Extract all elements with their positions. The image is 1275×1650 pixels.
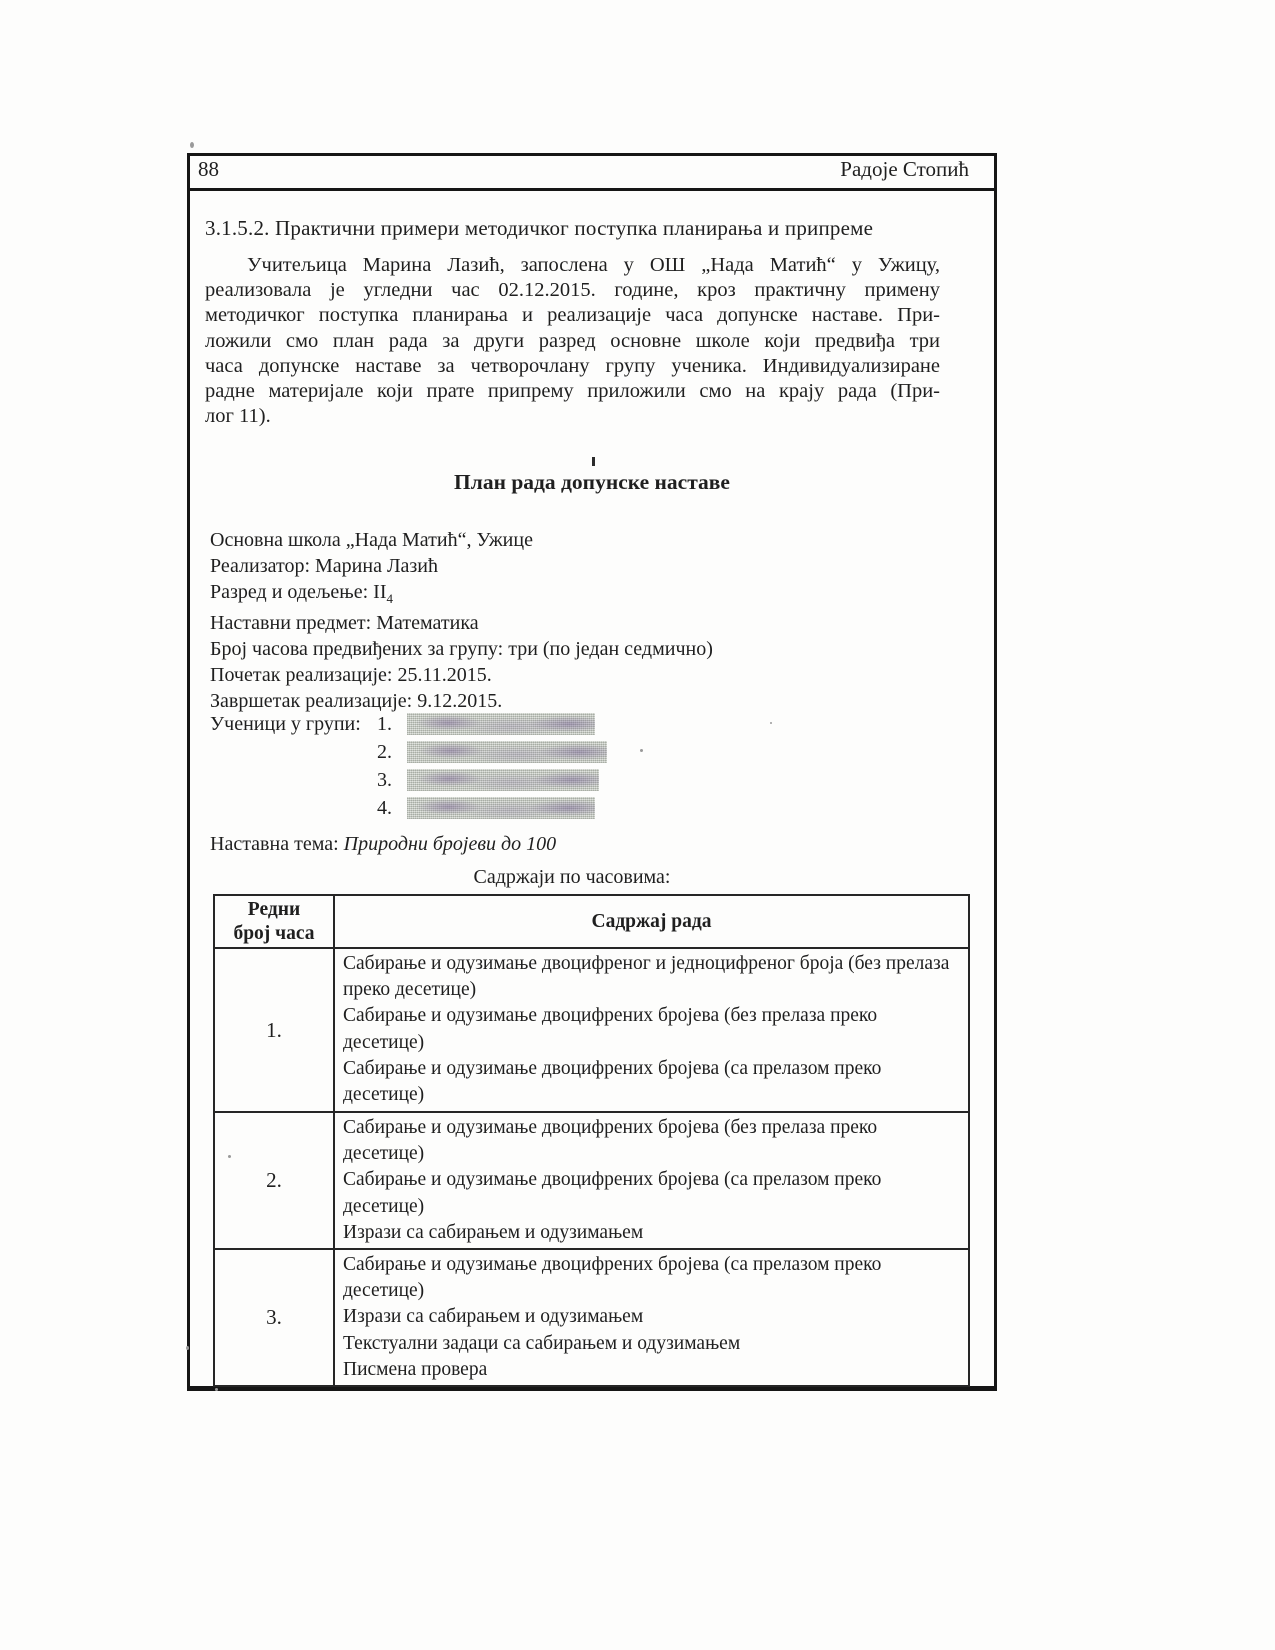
- lesson-content-cell: Сабирање и одузимање двоцифреног и једно…: [334, 948, 969, 1112]
- student-number: 1.: [352, 712, 392, 736]
- paragraph-line: ложили смо план рада за други разред осн…: [205, 329, 940, 354]
- table-row: 3. Сабирање и одузимање двоцифрених број…: [214, 1249, 969, 1386]
- scan-noise-speck: [215, 1388, 218, 1391]
- lesson-content-cell: Сабирање и одузимање двоцифрених бројева…: [334, 1112, 969, 1249]
- header-rule: [187, 188, 997, 191]
- lesson-number-cell: 2.: [214, 1112, 334, 1249]
- content-item: Изрази са сабирањем и одузимањем: [343, 1220, 958, 1246]
- student-row: Ученици у групи: 1.: [0, 712, 1275, 738]
- student-row: 4.: [0, 796, 1275, 822]
- redacted-student-name: [407, 741, 607, 763]
- paragraph-line: методичког поступка планирања и реализац…: [205, 303, 940, 328]
- teaching-theme-value: Природни бројеви до 100: [344, 833, 557, 855]
- redacted-student-name: [407, 713, 595, 735]
- paragraph-line: лог 11).: [205, 404, 940, 429]
- content-item: Сабирање и одузимање двоцифрених бројева…: [343, 1167, 958, 1219]
- col-header-lesson-number: Редни број часа: [214, 895, 334, 948]
- content-item: Писмена провера: [343, 1357, 958, 1383]
- scan-noise-speck: [228, 1155, 231, 1158]
- detail-realizator: Реализатор: Марина Лазић: [210, 554, 950, 580]
- content-item: Текстуални задаци са сабирањем и одузима…: [343, 1331, 958, 1357]
- intro-paragraph: Учитељица Марина Лазић, запослена у ОШ „…: [205, 253, 940, 429]
- lesson-number-cell: 3.: [214, 1249, 334, 1386]
- col-header-work-content: Садржај рада: [334, 895, 969, 948]
- lesson-contents-table: Редни број часа Садржај рада 1. Сабирање…: [213, 894, 970, 1387]
- scan-noise-speck: [186, 1346, 189, 1350]
- scan-noise-speck: [640, 749, 643, 752]
- col-header-line: Редни: [215, 898, 333, 922]
- teaching-theme-label: Наставна тема:: [210, 833, 344, 855]
- content-item: Сабирање и одузимање двоцифрених бројева…: [343, 1003, 958, 1055]
- paragraph-line: радне материјале који прате припрему при…: [205, 379, 940, 404]
- scan-noise-speck: [190, 142, 194, 148]
- plan-details: Основна школа „Нада Матић“, Ужице Реализ…: [210, 528, 950, 715]
- scanned-document-page: 88 Радоје Стопић 3.1.5.2. Практични прим…: [0, 0, 1275, 1650]
- detail-end-date: Завршетак реализације: 9.12.2015.: [210, 689, 950, 715]
- detail-hours: Број часова предвиђених за групу: три (п…: [210, 637, 950, 663]
- plan-title: План рада допунске наставе: [187, 470, 997, 495]
- grade-subscript: 4: [387, 591, 394, 606]
- student-row: 3.: [0, 768, 1275, 794]
- paragraph-line: Учитељица Марина Лазић, запослена у ОШ „…: [205, 253, 940, 278]
- detail-subject: Наставни предмет: Математика: [210, 611, 950, 637]
- table-header-row: Редни број часа Садржај рада: [214, 895, 969, 948]
- content-item: Сабирање и одузимање двоцифрених бројева…: [343, 1115, 958, 1167]
- detail-grade-text: Разред и одељење: II: [210, 581, 387, 603]
- detail-grade: Разред и одељење: II4: [210, 580, 950, 612]
- redacted-student-name: [407, 769, 599, 791]
- paragraph-line: реализовала је угледни час 02.12.2015. г…: [205, 278, 940, 303]
- content-item: Изрази са сабирањем и одузимањем: [343, 1304, 958, 1330]
- content-item: Сабирање и одузимање двоцифрених бројева…: [343, 1252, 958, 1304]
- stray-scan-mark: [592, 457, 595, 466]
- detail-start-date: Почетак реализације: 25.11.2015.: [210, 663, 950, 689]
- content-item: Сабирање и одузимање двоцифреног и једно…: [343, 951, 958, 1003]
- col-header-line: број часа: [215, 922, 333, 946]
- table-row: 2. Сабирање и одузимање двоцифрених број…: [214, 1112, 969, 1249]
- detail-school: Основна школа „Нада Матић“, Ужице: [210, 528, 950, 554]
- student-number: 3.: [352, 768, 392, 792]
- scan-noise-speck: [770, 722, 772, 724]
- running-head-author: Радоје Стопић: [187, 157, 969, 182]
- table-row: 1. Сабирање и одузимање двоцифреног и је…: [214, 948, 969, 1112]
- section-heading: 3.1.5.2. Практични примери методичког по…: [205, 216, 945, 241]
- student-row: 2.: [0, 740, 1275, 766]
- students-label: Ученици у групи:: [210, 712, 361, 736]
- student-number: 2.: [352, 740, 392, 764]
- student-number: 4.: [352, 796, 392, 820]
- paragraph-line: часа допунске наставе за четворочлану гр…: [205, 354, 940, 379]
- lesson-number-cell: 1.: [214, 948, 334, 1112]
- redacted-student-name: [407, 797, 595, 819]
- content-item: Сабирање и одузимање двоцифрених бројева…: [343, 1056, 958, 1108]
- lesson-content-cell: Сабирање и одузимање двоцифрених бројева…: [334, 1249, 969, 1386]
- teaching-theme: Наставна тема: Природни бројеви до 100: [210, 833, 556, 856]
- table-caption: Садржаји по часовима:: [187, 866, 957, 889]
